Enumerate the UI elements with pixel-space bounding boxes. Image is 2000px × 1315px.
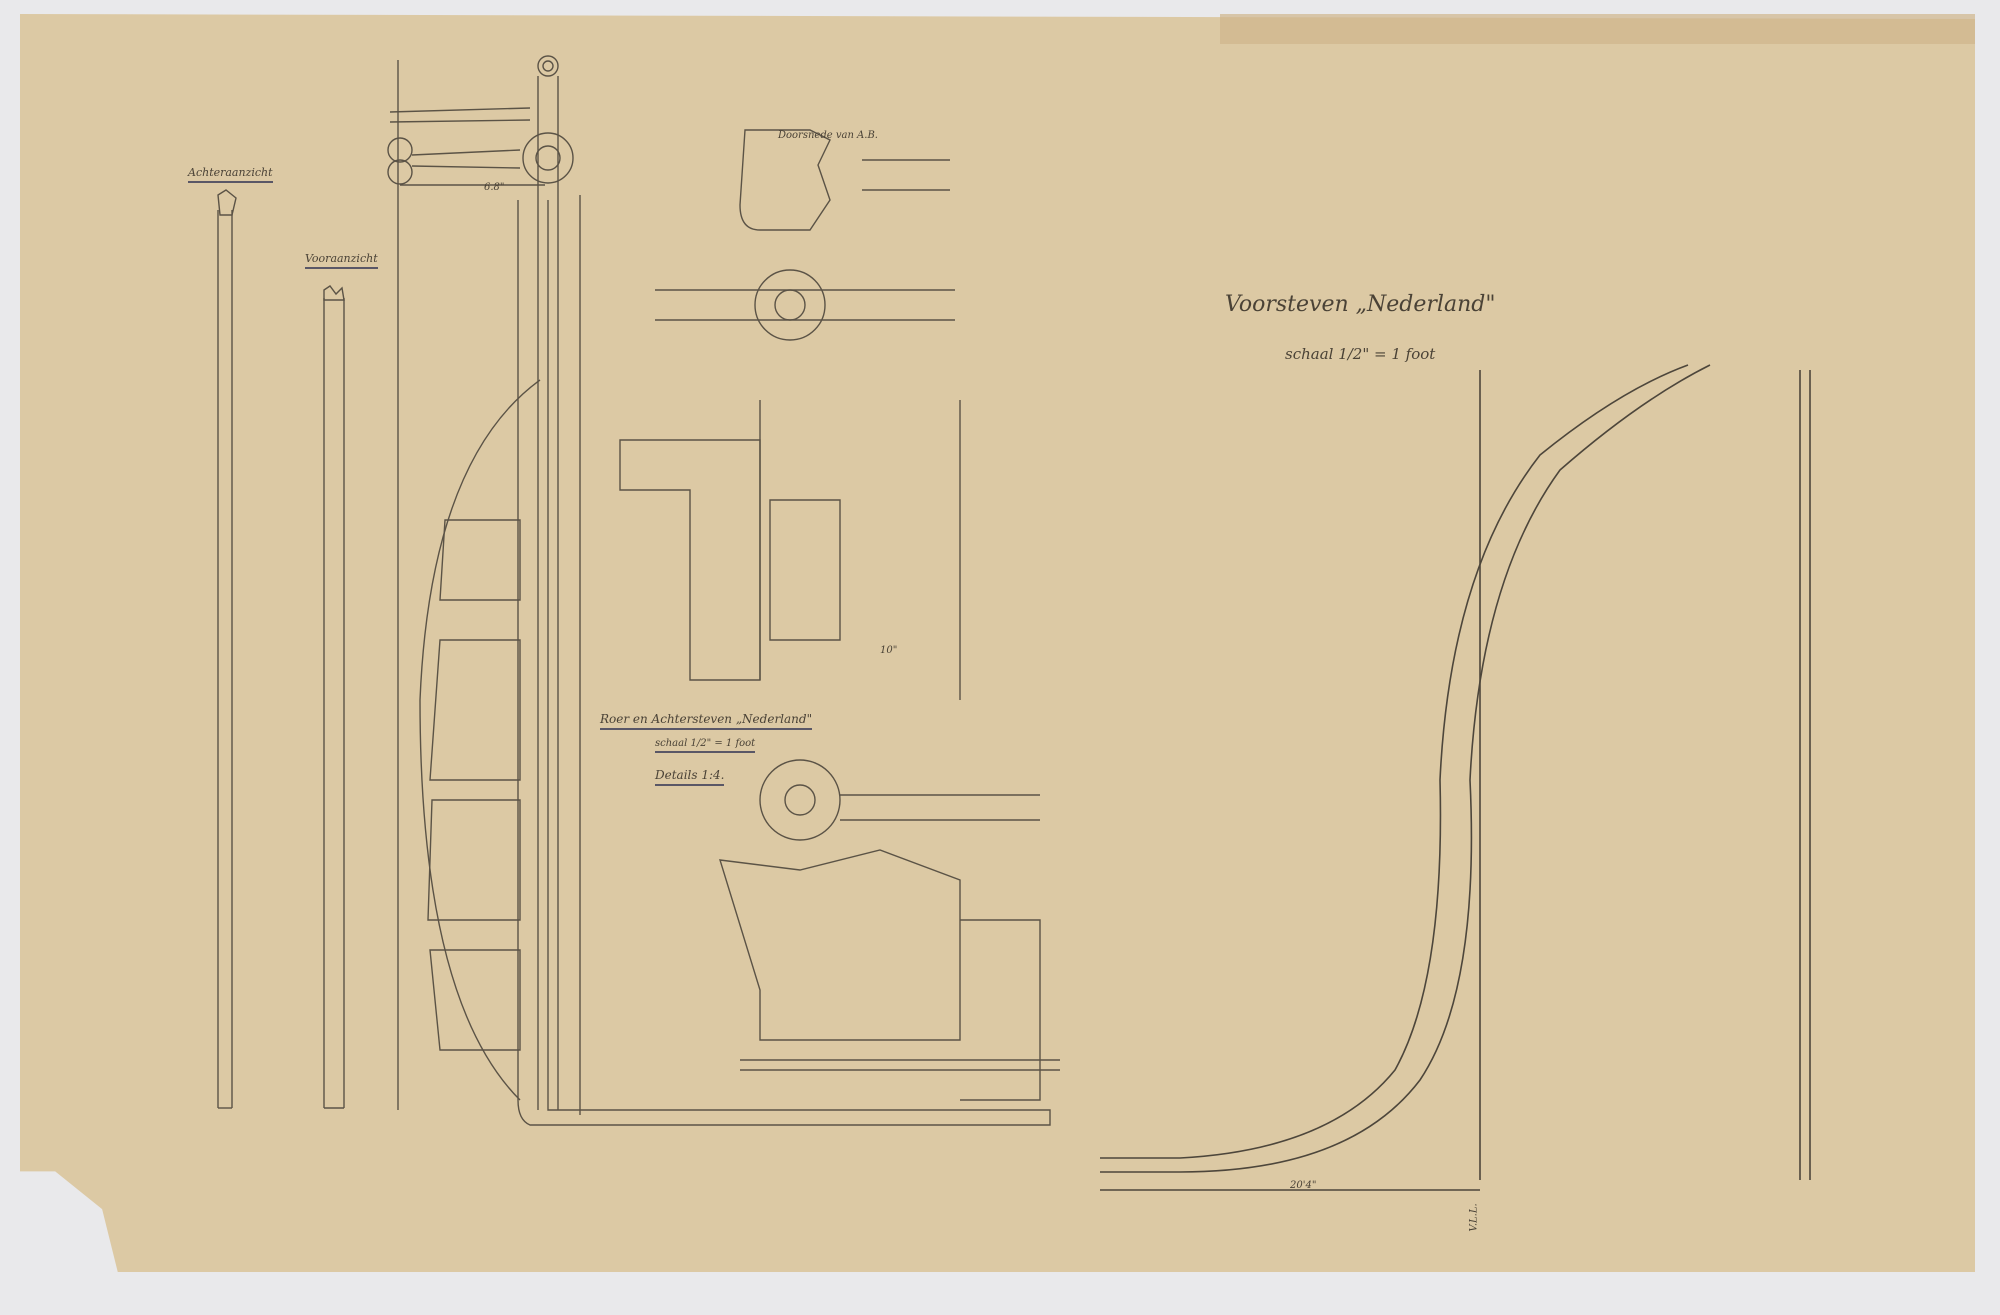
main-title: Voorsteven „Nederland" — [1225, 292, 1495, 317]
detail-block-upper — [620, 400, 960, 700]
details-label: Details 1:4. — [655, 768, 724, 786]
keel-length-dim: 20'4" — [1290, 1180, 1316, 1191]
main-scale: schaal 1/2" = 1 foot — [1285, 345, 1435, 363]
rear-view-label: Achteraanzicht — [188, 166, 273, 183]
rudder-width-dim: 6.8" — [484, 182, 505, 193]
detail-section-ab — [655, 130, 955, 340]
stem-curve — [1100, 365, 1810, 1190]
rear-view-rod — [218, 190, 236, 1108]
technical-drawing — [0, 0, 2000, 1315]
stern-title: Roer en Achtersteven „Nederland" — [600, 712, 812, 730]
detail-block-lower — [720, 760, 1060, 1100]
stern-scale: schaal 1/2" = 1 foot — [655, 738, 755, 753]
front-view-rod — [324, 286, 344, 1108]
front-view-label: Vooraanzicht — [305, 252, 378, 269]
waterline-label: V.L.L. — [1469, 1203, 1480, 1231]
section-label: Doorsnede van A.B. — [778, 130, 878, 141]
rudder-assembly — [388, 56, 1050, 1125]
section-width-dim: 10" — [880, 645, 897, 656]
